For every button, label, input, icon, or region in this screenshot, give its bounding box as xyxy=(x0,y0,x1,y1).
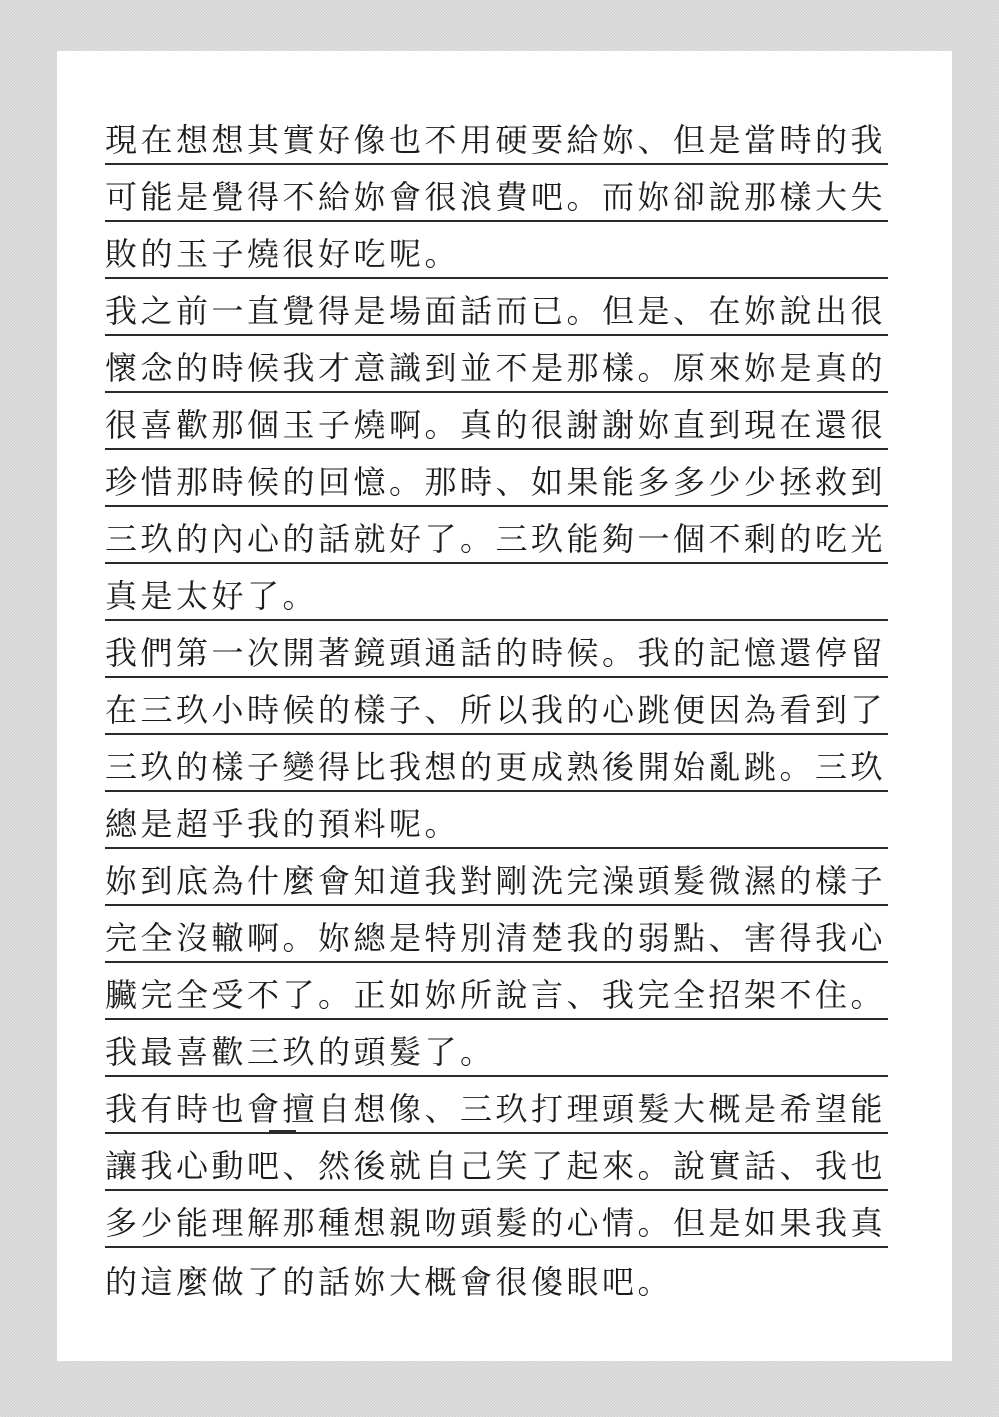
handwritten-line: 現在想想其實好像也不用硬要給妳、但是當時的我 xyxy=(105,108,888,165)
handwritten-line: 珍惜那時候的回憶。那時、如果能多多少少拯救到 xyxy=(105,450,888,507)
handwritten-line: 多少能理解那種想親吻頭髮的心情。但是如果我真 xyxy=(105,1191,888,1248)
handwritten-line: 臟完全受不了。正如妳所說言、我完全招架不住。 xyxy=(105,963,888,1020)
handwritten-line: 很喜歡那個玉子燒啊。真的很謝謝妳直到現在還很 xyxy=(105,393,888,450)
handwritten-line: 三玖的內心的話就好了。三玖能夠一個不剩的吃光 xyxy=(105,507,888,564)
scan-background: 現在想想其實好像也不用硬要給妳、但是當時的我 可能是覺得不給妳會很浪費吧。而妳卻… xyxy=(0,0,999,1417)
handwritten-line: 真是太好了。 xyxy=(105,564,888,621)
handwritten-line: 我最喜歡三玖的頭髮了。 xyxy=(105,1020,888,1077)
letter-page: 現在想想其實好像也不用硬要給妳、但是當時的我 可能是覺得不給妳會很浪費吧。而妳卻… xyxy=(57,51,952,1361)
handwritten-line: 可能是覺得不給妳會很浪費吧。而妳卻說那樣大失 xyxy=(105,165,888,222)
handwritten-line: 妳到底為什麼會知道我對剛洗完澡頭髮微濕的樣子 xyxy=(105,849,888,906)
handwritten-line: 我之前一直覺得是場面話而已。但是、在妳說出很 xyxy=(105,279,888,336)
handwritten-line: 我們第一次開著鏡頭通話的時候。我的記憶還停留 xyxy=(105,621,888,678)
handwritten-line: 懷念的時候我才意識到並不是那樣。原來妳是真的 xyxy=(105,336,888,393)
handwritten-line: 讓我心動吧、然後就自己笑了起來。說實話、我也 xyxy=(105,1134,888,1191)
emphasis-underline xyxy=(269,1130,296,1132)
handwritten-line: 的這麼做了的話妳大概會很傻眼吧。 xyxy=(105,1248,888,1305)
handwritten-line: 我有時也會擅自想像、三玖打理頭髮大概是希望能 xyxy=(105,1077,888,1134)
handwritten-line: 在三玖小時候的樣子、所以我的心跳便因為看到了 xyxy=(105,678,888,735)
handwritten-line: 總是超乎我的預料呢。 xyxy=(105,792,888,849)
handwritten-line: 敗的玉子燒很好吃呢。 xyxy=(105,222,888,279)
letter-body: 現在想想其實好像也不用硬要給妳、但是當時的我 可能是覺得不給妳會很浪費吧。而妳卻… xyxy=(105,108,888,1305)
handwritten-line: 完全沒轍啊。妳總是特別清楚我的弱點、害得我心 xyxy=(105,906,888,963)
handwritten-line: 三玖的樣子變得比我想的更成熟後開始亂跳。三玖 xyxy=(105,735,888,792)
